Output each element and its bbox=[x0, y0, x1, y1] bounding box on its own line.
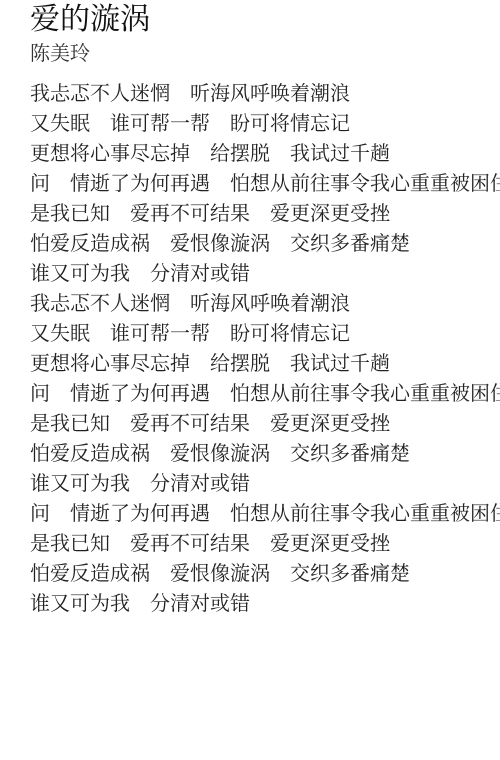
lyric-line: 我忐忑不人迷惘 听海风呼唤着潮浪 bbox=[30, 288, 500, 318]
lyric-line: 又失眠 谁可帮一帮 盼可将情忘记 bbox=[30, 108, 500, 138]
lyric-line: 更想将心事尽忘掉 给摆脱 我试过千趟 bbox=[30, 138, 500, 168]
lyric-line: 问 情逝了为何再遇 怕想从前往事令我心重重被困住 bbox=[30, 378, 500, 408]
lyric-line: 谁又可为我 分清对或错 bbox=[30, 588, 500, 618]
lyric-line: 怕爱反造成祸 爱恨像漩涡 交织多番痛楚 bbox=[30, 228, 500, 258]
lyric-line: 又失眠 谁可帮一帮 盼可将情忘记 bbox=[30, 318, 500, 348]
lyric-line: 我忐忑不人迷惘 听海风呼唤着潮浪 bbox=[30, 78, 500, 108]
lyrics-list: 我忐忑不人迷惘 听海风呼唤着潮浪 又失眠 谁可帮一帮 盼可将情忘记 更想将心事尽… bbox=[30, 78, 500, 618]
lyric-line: 怕爱反造成祸 爱恨像漩涡 交织多番痛楚 bbox=[30, 438, 500, 468]
lyrics-page: 爱的漩涡 陈美玲 我忐忑不人迷惘 听海风呼唤着潮浪 又失眠 谁可帮一帮 盼可将情… bbox=[0, 0, 500, 760]
lyric-line: 更想将心事尽忘掉 给摆脱 我试过千趟 bbox=[30, 348, 500, 378]
lyric-line: 是我已知 爱再不可结果 爱更深更受挫 bbox=[30, 528, 500, 558]
lyric-line: 怕爱反造成祸 爱恨像漩涡 交织多番痛楚 bbox=[30, 558, 500, 588]
lyric-line: 是我已知 爱再不可结果 爱更深更受挫 bbox=[30, 198, 500, 228]
lyric-line: 谁又可为我 分清对或错 bbox=[30, 258, 500, 288]
song-artist: 陈美玲 bbox=[30, 38, 90, 68]
lyric-line: 问 情逝了为何再遇 怕想从前往事令我心重重被困住 bbox=[30, 168, 500, 198]
lyric-line: 问 情逝了为何再遇 怕想从前往事令我心重重被困住 bbox=[30, 498, 500, 528]
song-title: 爱的漩涡 bbox=[30, 0, 150, 40]
lyric-line: 是我已知 爱再不可结果 爱更深更受挫 bbox=[30, 408, 500, 438]
lyric-line: 谁又可为我 分清对或错 bbox=[30, 468, 500, 498]
